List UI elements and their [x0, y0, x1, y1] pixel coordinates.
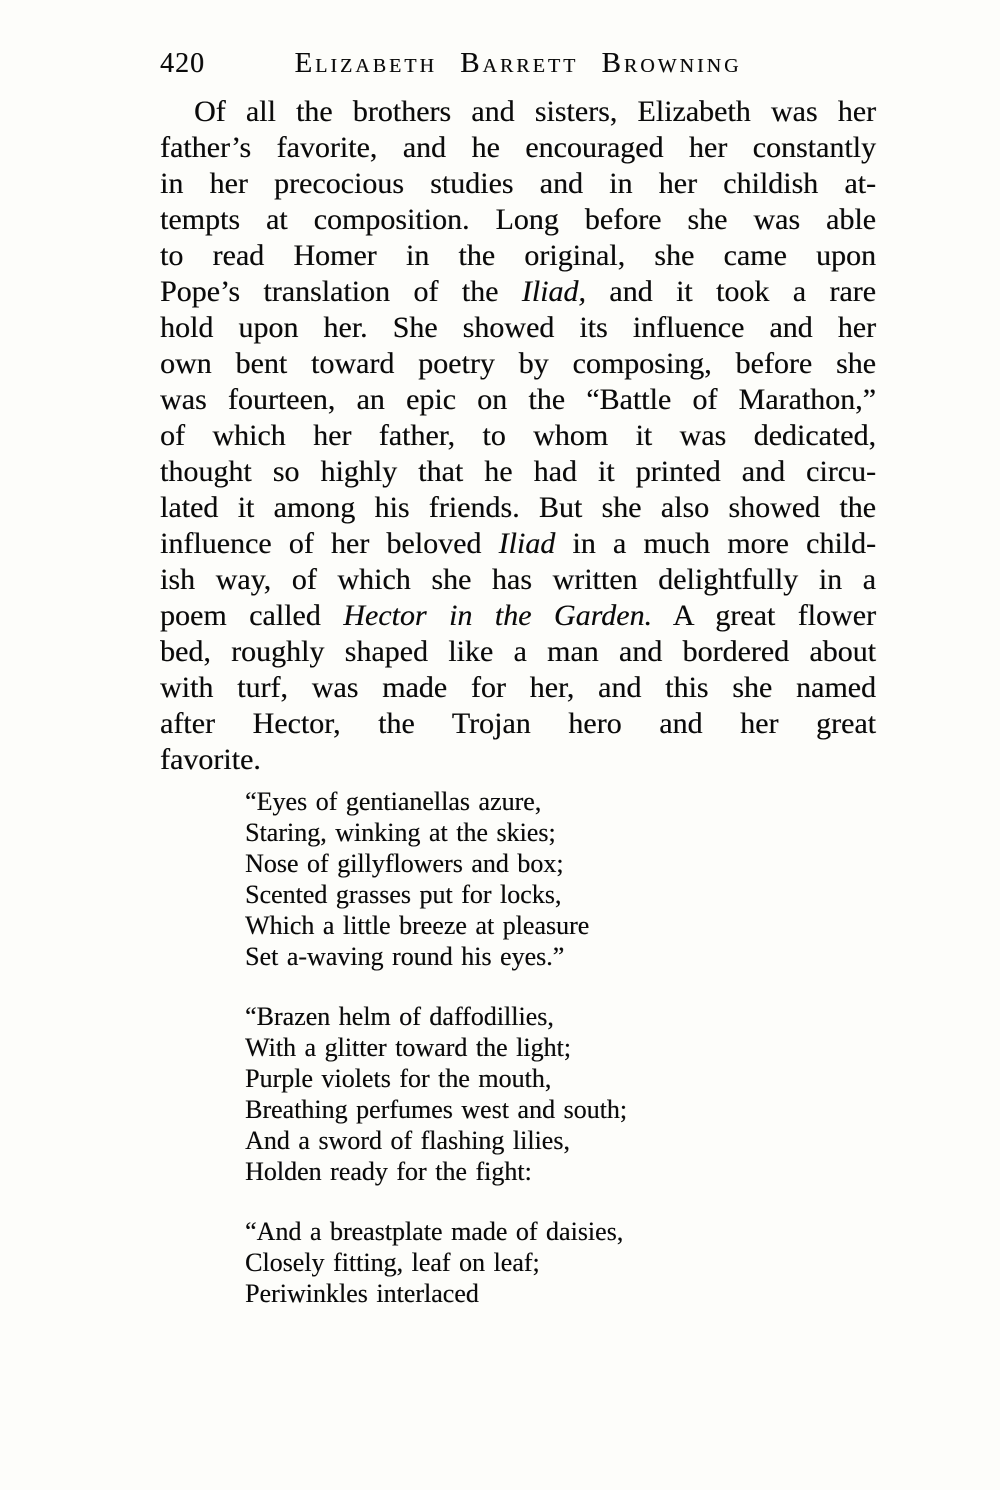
poem-line: Which a little breeze at pleasure: [245, 910, 627, 941]
poem-line: Purple violets for the mouth,: [245, 1063, 627, 1094]
body-line-italic-title: Iliad: [499, 527, 556, 560]
body-line: hold upon her. She showed its influence …: [160, 310, 876, 346]
body-line: Of all the brothers and sisters, Elizabe…: [160, 94, 876, 130]
poem-line: Set a-waving round his eyes.”: [245, 941, 627, 972]
book-page: 420 Elizabeth Barrett Browning Of all th…: [0, 0, 1000, 1490]
poem-line: Periwinkles interlaced: [245, 1278, 627, 1309]
body-line: thought so highly that he had it printed…: [160, 454, 876, 490]
poem-line: “Eyes of gentianellas azure,: [245, 786, 627, 817]
poem-line: And a sword of flashing lilies,: [245, 1125, 627, 1156]
body-line-segment: and it took a rare: [586, 275, 876, 308]
body-line-segment: poem called: [160, 599, 343, 632]
running-header: 420 Elizabeth Barrett Browning: [160, 47, 876, 85]
poem-stanza: “Eyes of gentianellas azure, Staring, wi…: [245, 786, 627, 972]
poem-line: “And a breastplate made of daisies,: [245, 1216, 627, 1247]
body-line: influence of her beloved Iliad in a much…: [160, 526, 876, 562]
body-line: tempts at composition. Long before she w…: [160, 202, 876, 238]
body-line: favorite.: [160, 742, 876, 778]
body-line: after Hector, the Trojan hero and her gr…: [160, 706, 876, 742]
body-line-segment: influence of her beloved: [160, 527, 499, 560]
body-line: of which her father, to whom it was dedi…: [160, 418, 876, 454]
body-line-italic-title: Iliad,: [522, 275, 586, 308]
body-line: with turf, was made for her, and this sh…: [160, 670, 876, 706]
body-paragraph: Of all the brothers and sisters, Elizabe…: [160, 94, 876, 778]
poem-line: Staring, winking at the skies;: [245, 817, 627, 848]
body-line: Pope’s translation of the Iliad, and it …: [160, 274, 876, 310]
poem-line: “Brazen helm of daffodillies,: [245, 1001, 627, 1032]
body-line: father’s favorite, and he encouraged her…: [160, 130, 876, 166]
poem-stanza: “And a breastplate made of daisies, Clos…: [245, 1216, 627, 1309]
poem-line: Holden ready for the fight:: [245, 1156, 627, 1187]
body-line: was fourteen, an epic on the “Battle of …: [160, 382, 876, 418]
poem-line: Closely fitting, leaf on leaf;: [245, 1247, 627, 1278]
body-line: own bent toward poetry by composing, bef…: [160, 346, 876, 382]
body-line: to read Homer in the original, she came …: [160, 238, 876, 274]
body-line-segment: A great flower: [652, 599, 876, 632]
body-line-segment: in a much more child-: [555, 527, 876, 560]
body-line: in her precocious studies and in her chi…: [160, 166, 876, 202]
poem-line: Nose of gillyflowers and box;: [245, 848, 627, 879]
running-title: Elizabeth Barrett Browning: [160, 47, 876, 80]
poem-line: With a glitter toward the light;: [245, 1032, 627, 1063]
body-line: ish way, of which she has written deligh…: [160, 562, 876, 598]
poem-stanza: “Brazen helm of daffodillies, With a gli…: [245, 1001, 627, 1187]
poem-line: Scented grasses put for locks,: [245, 879, 627, 910]
page-number: 420: [160, 48, 205, 80]
body-line: poem called Hector in the Garden. A grea…: [160, 598, 876, 634]
body-line: bed, roughly shaped like a man and borde…: [160, 634, 876, 670]
poem-line: Breathing perfumes west and south;: [245, 1094, 627, 1125]
body-line: lated it among his friends. But she also…: [160, 490, 876, 526]
body-line-italic-title: Hector in the Garden.: [343, 599, 652, 632]
body-line-segment: Pope’s translation of the: [160, 275, 522, 308]
poem-block: “Eyes of gentianellas azure, Staring, wi…: [245, 786, 627, 1338]
